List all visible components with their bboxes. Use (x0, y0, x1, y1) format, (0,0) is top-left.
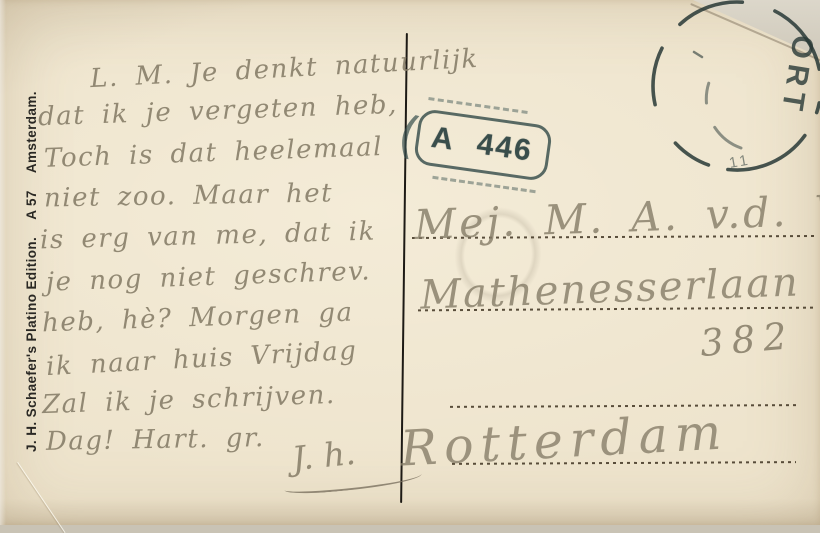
address-rule (450, 404, 800, 408)
postmark-stamp: ORT 11 (642, 0, 820, 188)
message-line: Dag! Hart. gr. (46, 423, 265, 457)
postcard-left-edge (0, 0, 6, 525)
paper-crease (17, 462, 65, 525)
postcard-back: J. H. Schaefer's Platino Edition. A 57 A… (0, 0, 820, 525)
publisher-series-number: A 57 (24, 190, 39, 220)
message-signature: J. h. (290, 433, 357, 478)
message-line: L. M. Je denkt natuurlijk (89, 44, 479, 94)
message-line: je nog niet geschrev. (46, 256, 372, 297)
address-recipient: Mej. M. A. v.d. Waal (413, 183, 820, 249)
message-line: Toch is dat heelemaal (44, 132, 384, 174)
message-line: heb, hè? Morgen ga (42, 298, 354, 339)
message-line: is erg van me, dat ik (40, 217, 377, 256)
postmark-letters: ORT (774, 33, 819, 118)
control-stamp-letter: A (429, 121, 457, 158)
address-house-number: 382 (698, 314, 796, 365)
address-city: Rotterdam (399, 403, 730, 477)
message-line: dat ik je vergeten heb, (38, 90, 399, 133)
control-stamp-number: 446 (475, 127, 535, 168)
message-line: niet zoo. Maar het (44, 178, 334, 213)
message-line: Zal ik je schrijven. (42, 380, 337, 420)
publisher-imprint: J. H. Schaefer's Platino Edition. A 57 A… (24, 92, 39, 452)
message-line: ik naar huis Vrijdag (45, 336, 358, 382)
control-stamp-a446: A 446 (413, 108, 553, 182)
publisher-name: J. H. Schaefer's Platino Edition. (24, 237, 39, 452)
